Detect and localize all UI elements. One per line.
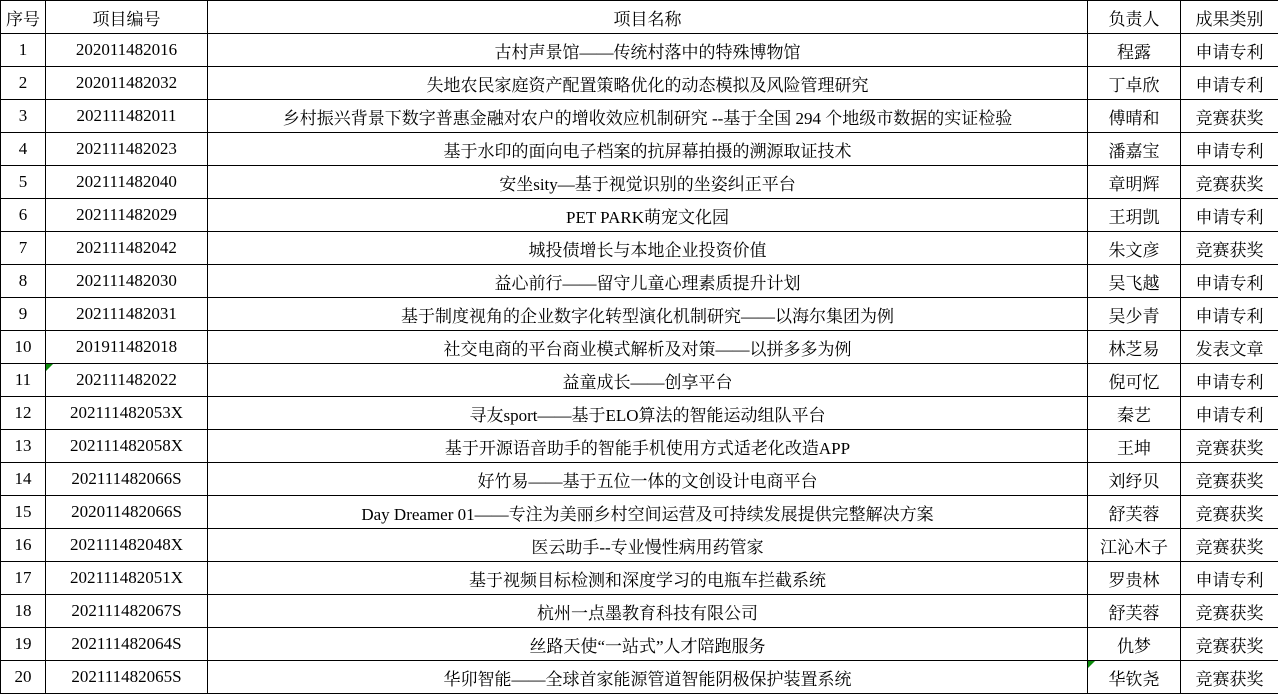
cell-index[interactable]: 3: [1, 100, 46, 133]
table-row: 20202111482065S华卯智能——全球首家能源管道智能阴极保护装置系统华…: [1, 661, 1278, 694]
cell-leader[interactable]: 潘嘉宝: [1088, 133, 1181, 166]
cell-name[interactable]: PET PARK萌宠文化园: [208, 199, 1088, 232]
cell-leader[interactable]: 吴飞越: [1088, 265, 1181, 298]
cell-leader[interactable]: 舒芙蓉: [1088, 496, 1181, 529]
table-row: 15202011482066SDay Dreamer 01——专注为美丽乡村空间…: [1, 496, 1278, 529]
cell-code[interactable]: 202111482067S: [46, 595, 208, 628]
cell-index[interactable]: 2: [1, 67, 46, 100]
table-row: 9202111482031基于制度视角的企业数字化转型演化机制研究——以海尔集团…: [1, 298, 1278, 331]
table-row: 12202111482053X寻友sport——基于ELO算法的智能运动组队平台…: [1, 397, 1278, 430]
cell-category[interactable]: 发表文章: [1181, 331, 1278, 364]
cell-category[interactable]: 申请专利: [1181, 34, 1278, 67]
table-row: 6202111482029PET PARK萌宠文化园王玥凯申请专利: [1, 199, 1278, 232]
cell-code[interactable]: 202111482051X: [46, 562, 208, 595]
cell-category[interactable]: 申请专利: [1181, 562, 1278, 595]
cell-index[interactable]: 12: [1, 397, 46, 430]
cell-category[interactable]: 竞赛获奖: [1181, 496, 1278, 529]
table-row: 19202111482064S丝路天使“一站式”人才陪跑服务仇梦竞赛获奖: [1, 628, 1278, 661]
cell-leader[interactable]: 倪可忆: [1088, 364, 1181, 397]
cell-name[interactable]: 安坐sity—基于视觉识别的坐姿纠正平台: [208, 166, 1088, 199]
cell-name[interactable]: 医云助手--专业慢性病用药管家: [208, 529, 1088, 562]
cell-name[interactable]: Day Dreamer 01——专注为美丽乡村空间运营及可持续发展提供完整解决方…: [208, 496, 1088, 529]
cell-index[interactable]: 9: [1, 298, 46, 331]
cell-index[interactable]: 18: [1, 595, 46, 628]
cell-leader[interactable]: 秦艺: [1088, 397, 1181, 430]
cell-code[interactable]: 201911482018: [46, 331, 208, 364]
cell-index[interactable]: 16: [1, 529, 46, 562]
cell-category[interactable]: 申请专利: [1181, 133, 1278, 166]
cell-code[interactable]: 202111482064S: [46, 628, 208, 661]
table-row: 2202011482032失地农民家庭资产配置策略优化的动态模拟及风险管理研究丁…: [1, 67, 1278, 100]
cell-index[interactable]: 14: [1, 463, 46, 496]
projects-table: 序号项目编号项目名称负责人成果类别 1202011482016古村声景馆——传统…: [0, 0, 1278, 694]
cell-category[interactable]: 竞赛获奖: [1181, 430, 1278, 463]
cell-category[interactable]: 竞赛获奖: [1181, 628, 1278, 661]
cell-index[interactable]: 1: [1, 34, 46, 67]
cell-name[interactable]: 古村声景馆——传统村落中的特殊博物馆: [208, 34, 1088, 67]
cell-index[interactable]: 15: [1, 496, 46, 529]
cell-leader[interactable]: 林芝易: [1088, 331, 1181, 364]
table-row: 17202111482051X基于视频目标检测和深度学习的电瓶车拦截系统罗贵林申…: [1, 562, 1278, 595]
cell-leader[interactable]: 章明辉: [1088, 166, 1181, 199]
cell-index[interactable]: 7: [1, 232, 46, 265]
cell-index[interactable]: 5: [1, 166, 46, 199]
cell-index[interactable]: 13: [1, 430, 46, 463]
table-row: 1202011482016古村声景馆——传统村落中的特殊博物馆程露申请专利: [1, 34, 1278, 67]
table-row: 14202111482066S好竹易——基于五位一体的文创设计电商平台刘纾贝竞赛…: [1, 463, 1278, 496]
cell-code[interactable]: 202011482066S: [46, 496, 208, 529]
cell-code[interactable]: 202111482022: [46, 364, 208, 397]
cell-category[interactable]: 申请专利: [1181, 397, 1278, 430]
column-header-name[interactable]: 项目名称: [208, 1, 1088, 34]
cell-code[interactable]: 202111482042: [46, 232, 208, 265]
cell-category[interactable]: 申请专利: [1181, 67, 1278, 100]
cell-name[interactable]: 寻友sport——基于ELO算法的智能运动组队平台: [208, 397, 1088, 430]
cell-name[interactable]: 基于水印的面向电子档案的抗屏幕拍摄的溯源取证技术: [208, 133, 1088, 166]
cell-leader[interactable]: 王坤: [1088, 430, 1181, 463]
cell-leader[interactable]: 傅晴和: [1088, 100, 1181, 133]
cell-index[interactable]: 6: [1, 199, 46, 232]
cell-leader[interactable]: 舒芙蓉: [1088, 595, 1181, 628]
cell-category[interactable]: 竞赛获奖: [1181, 232, 1278, 265]
cell-index[interactable]: 19: [1, 628, 46, 661]
cell-name[interactable]: 城投债增长与本地企业投资价值: [208, 232, 1088, 265]
cell-leader[interactable]: 程露: [1088, 34, 1181, 67]
cell-leader[interactable]: 刘纾贝: [1088, 463, 1181, 496]
cell-code[interactable]: 202111482031: [46, 298, 208, 331]
cell-index[interactable]: 8: [1, 265, 46, 298]
cell-leader[interactable]: 丁卓欣: [1088, 67, 1181, 100]
cell-name[interactable]: 基于视频目标检测和深度学习的电瓶车拦截系统: [208, 562, 1088, 595]
error-flag-icon: [46, 364, 53, 371]
cell-code[interactable]: 202111482058X: [46, 430, 208, 463]
table-row: 16202111482048X医云助手--专业慢性病用药管家江沁木子竞赛获奖: [1, 529, 1278, 562]
header-row: 序号项目编号项目名称负责人成果类别: [1, 1, 1278, 34]
cell-code[interactable]: 202111482066S: [46, 463, 208, 496]
cell-leader[interactable]: 吴少青: [1088, 298, 1181, 331]
table-row: 4202111482023基于水印的面向电子档案的抗屏幕拍摄的溯源取证技术潘嘉宝…: [1, 133, 1278, 166]
cell-leader[interactable]: 仇梦: [1088, 628, 1181, 661]
table-row: 11202111482022益童成长——创享平台倪可忆申请专利: [1, 364, 1278, 397]
cell-code[interactable]: 202011482032: [46, 67, 208, 100]
cell-name[interactable]: 好竹易——基于五位一体的文创设计电商平台: [208, 463, 1088, 496]
column-header-index[interactable]: 序号: [1, 1, 46, 34]
table-row: 8202111482030益心前行——留守儿童心理素质提升计划吴飞越申请专利: [1, 265, 1278, 298]
cell-category[interactable]: 竞赛获奖: [1181, 166, 1278, 199]
cell-index[interactable]: 10: [1, 331, 46, 364]
cell-leader[interactable]: 王玥凯: [1088, 199, 1181, 232]
cell-leader[interactable]: 江沁木子: [1088, 529, 1181, 562]
table-row: 13202111482058X基于开源语音助手的智能手机使用方式适老化改造APP…: [1, 430, 1278, 463]
cell-category[interactable]: 申请专利: [1181, 199, 1278, 232]
cell-name[interactable]: 益童成长——创享平台: [208, 364, 1088, 397]
cell-leader[interactable]: 朱文彦: [1088, 232, 1181, 265]
cell-category[interactable]: 竞赛获奖: [1181, 463, 1278, 496]
cell-code[interactable]: 202111482011: [46, 100, 208, 133]
cell-category[interactable]: 申请专利: [1181, 298, 1278, 331]
cell-name[interactable]: 益心前行——留守儿童心理素质提升计划: [208, 265, 1088, 298]
cell-name[interactable]: 失地农民家庭资产配置策略优化的动态模拟及风险管理研究: [208, 67, 1088, 100]
table-row: 5202111482040安坐sity—基于视觉识别的坐姿纠正平台章明辉竞赛获奖: [1, 166, 1278, 199]
cell-category[interactable]: 竞赛获奖: [1181, 529, 1278, 562]
cell-leader[interactable]: 华钦尧: [1088, 661, 1181, 694]
cell-index[interactable]: 20: [1, 661, 46, 694]
cell-index[interactable]: 4: [1, 133, 46, 166]
cell-leader[interactable]: 罗贵林: [1088, 562, 1181, 595]
cell-code[interactable]: 202111482040: [46, 166, 208, 199]
cell-code[interactable]: 202111482048X: [46, 529, 208, 562]
column-header-code[interactable]: 项目编号: [46, 1, 208, 34]
error-flag-icon: [1088, 661, 1095, 668]
cell-name[interactable]: 基于开源语音助手的智能手机使用方式适老化改造APP: [208, 430, 1088, 463]
cell-category[interactable]: 竞赛获奖: [1181, 595, 1278, 628]
cell-category[interactable]: 竞赛获奖: [1181, 100, 1278, 133]
cell-category[interactable]: 申请专利: [1181, 364, 1278, 397]
cell-name[interactable]: 社交电商的平台商业模式解析及对策——以拼多多为例: [208, 331, 1088, 364]
cell-name[interactable]: 华卯智能——全球首家能源管道智能阴极保护装置系统: [208, 661, 1088, 694]
cell-index[interactable]: 11: [1, 364, 46, 397]
cell-code[interactable]: 202111482053X: [46, 397, 208, 430]
column-header-leader[interactable]: 负责人: [1088, 1, 1181, 34]
cell-code[interactable]: 202011482016: [46, 34, 208, 67]
table-row: 10201911482018社交电商的平台商业模式解析及对策——以拼多多为例林芝…: [1, 331, 1278, 364]
cell-index[interactable]: 17: [1, 562, 46, 595]
cell-code[interactable]: 202111482023: [46, 133, 208, 166]
cell-name[interactable]: 杭州一点墨教育科技有限公司: [208, 595, 1088, 628]
cell-category[interactable]: 申请专利: [1181, 265, 1278, 298]
cell-name[interactable]: 丝路天使“一站式”人才陪跑服务: [208, 628, 1088, 661]
cell-code[interactable]: 202111482065S: [46, 661, 208, 694]
cell-code[interactable]: 202111482029: [46, 199, 208, 232]
table-row: 18202111482067S杭州一点墨教育科技有限公司舒芙蓉竞赛获奖: [1, 595, 1278, 628]
table-row: 3202111482011乡村振兴背景下数字普惠金融对农户的增收效应机制研究 -…: [1, 100, 1278, 133]
table-row: 7202111482042城投债增长与本地企业投资价值朱文彦竞赛获奖: [1, 232, 1278, 265]
column-header-category[interactable]: 成果类别: [1181, 1, 1278, 34]
cell-name[interactable]: 基于制度视角的企业数字化转型演化机制研究——以海尔集团为例: [208, 298, 1088, 331]
cell-name[interactable]: 乡村振兴背景下数字普惠金融对农户的增收效应机制研究 --基于全国 294 个地级…: [208, 100, 1088, 133]
cell-category[interactable]: 竞赛获奖: [1181, 661, 1278, 694]
cell-code[interactable]: 202111482030: [46, 265, 208, 298]
